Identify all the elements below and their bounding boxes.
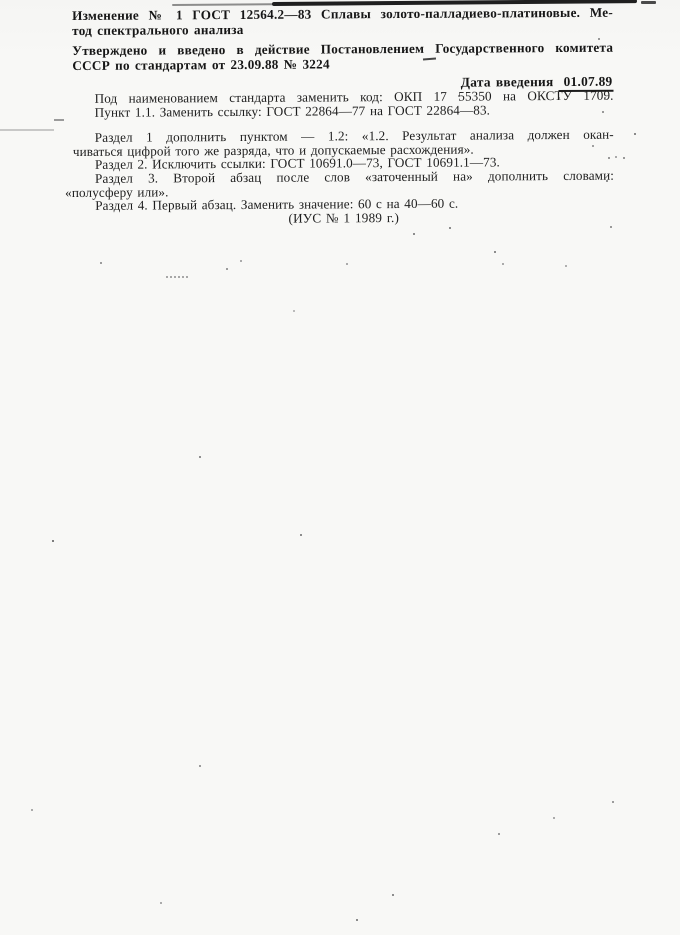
scan-smudge-tail bbox=[641, 1, 656, 4]
scan-dash-artifact bbox=[166, 276, 188, 278]
approval-statement: Утверждено и введено в действие Постанов… bbox=[72, 41, 613, 73]
scan-dash-artifact bbox=[0, 129, 54, 131]
document-content: Изменение № 1 ГОСТ 12564.2—83 Сплавы зол… bbox=[72, 6, 614, 227]
approval-line: СССР по стандартам от 23.09.88 № 3224 bbox=[72, 55, 613, 73]
document-title: Изменение № 1 ГОСТ 12564.2—83 Сплавы зол… bbox=[72, 6, 613, 38]
scan-dash-artifact bbox=[54, 119, 64, 121]
document-title-line: тод спектрального анализа bbox=[72, 20, 613, 38]
scan-specks bbox=[0, 0, 2, 2]
amendments-body: Под наименованием стандарта заменить код… bbox=[73, 89, 615, 213]
para-clause-1-1: Пункт 1.1. Заменить ссылку: ГОСТ 22864—7… bbox=[73, 102, 614, 119]
para-section-3-line: Раздел 3. Второй абзац после слов «заточ… bbox=[73, 169, 614, 186]
scanned-document-page: Изменение № 1 ГОСТ 12564.2—83 Сплавы зол… bbox=[0, 0, 680, 935]
